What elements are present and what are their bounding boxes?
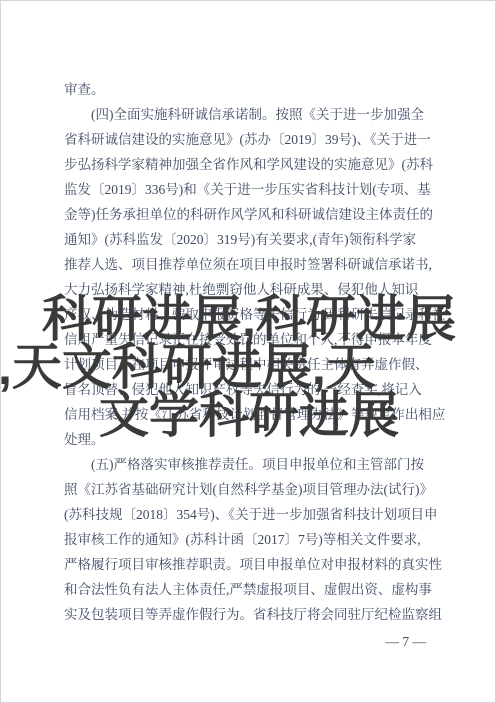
page-number: — 7 — [64,629,426,654]
document-line: (五)严格落实审核推荐责任。项目申报单位和主管部门按 [64,452,438,477]
overlay-heading-line: 文学科研进展 [1,391,496,439]
document-line: 省科研诚信建设的实施意见》(苏办〔2019〕39号)、《关于进一 [64,127,438,152]
document-line: 审查。 [64,77,438,102]
seo-overlay-heading: 科研进展,科研进展,天文科研进展,天文学科研进展 [1,295,496,439]
document-line: 通知》(苏科监发〔2020〕319号)有关要求,(青年)领衔科学家 [64,227,438,252]
document-page: 审查。(四)全面实施科研诚信承诺制。按照《关于进一步加强全省科研诚信建设的实施意… [0,0,496,703]
document-line: 步弘扬科学家精神加强全省作风和学风建设的实施意见》(苏科 [64,152,438,177]
overlay-heading-line: 科研进展,科研进展 [1,295,496,343]
document-line: 照《江苏省基础研究计划(自然科学基金)项目管理办法(试行)》 [64,477,438,502]
document-line: 报审核工作的通知》(苏科计函〔2017〕7号)等相关文件要求, [64,527,438,552]
document-line: (四)全面实施科研诚信承诺制。按照《关于进一步加强全 [64,102,438,127]
document-line: 金等)任务承担单位的科研作风学风和科研诚信建设主体责任的 [64,202,438,227]
document-line: 和合法性负有法人主体责任,严禁虚报项目、虚假出资、虚构事 [64,577,438,602]
document-line: 实及包装项目等弄虚作假行为。省科技厅将会同驻厅纪检监察组 [64,602,438,627]
document-line: 监发〔2019〕336号)和《关于进一步压实省科技计划(专项、基 [64,177,438,202]
document-line: 推荐人选、项目推荐单位须在项目申报时签署科研诚信承诺书, [64,252,438,277]
overlay-heading-line: ,天文科研进展,天 [0,343,496,391]
document-line: (苏科技规〔2018〕354号)、《关于进一步加强省科技计划项目申 [64,502,438,527]
document-line: 严格履行项目审核推荐职责。项目申报单位对申报材料的真实性 [64,552,438,577]
